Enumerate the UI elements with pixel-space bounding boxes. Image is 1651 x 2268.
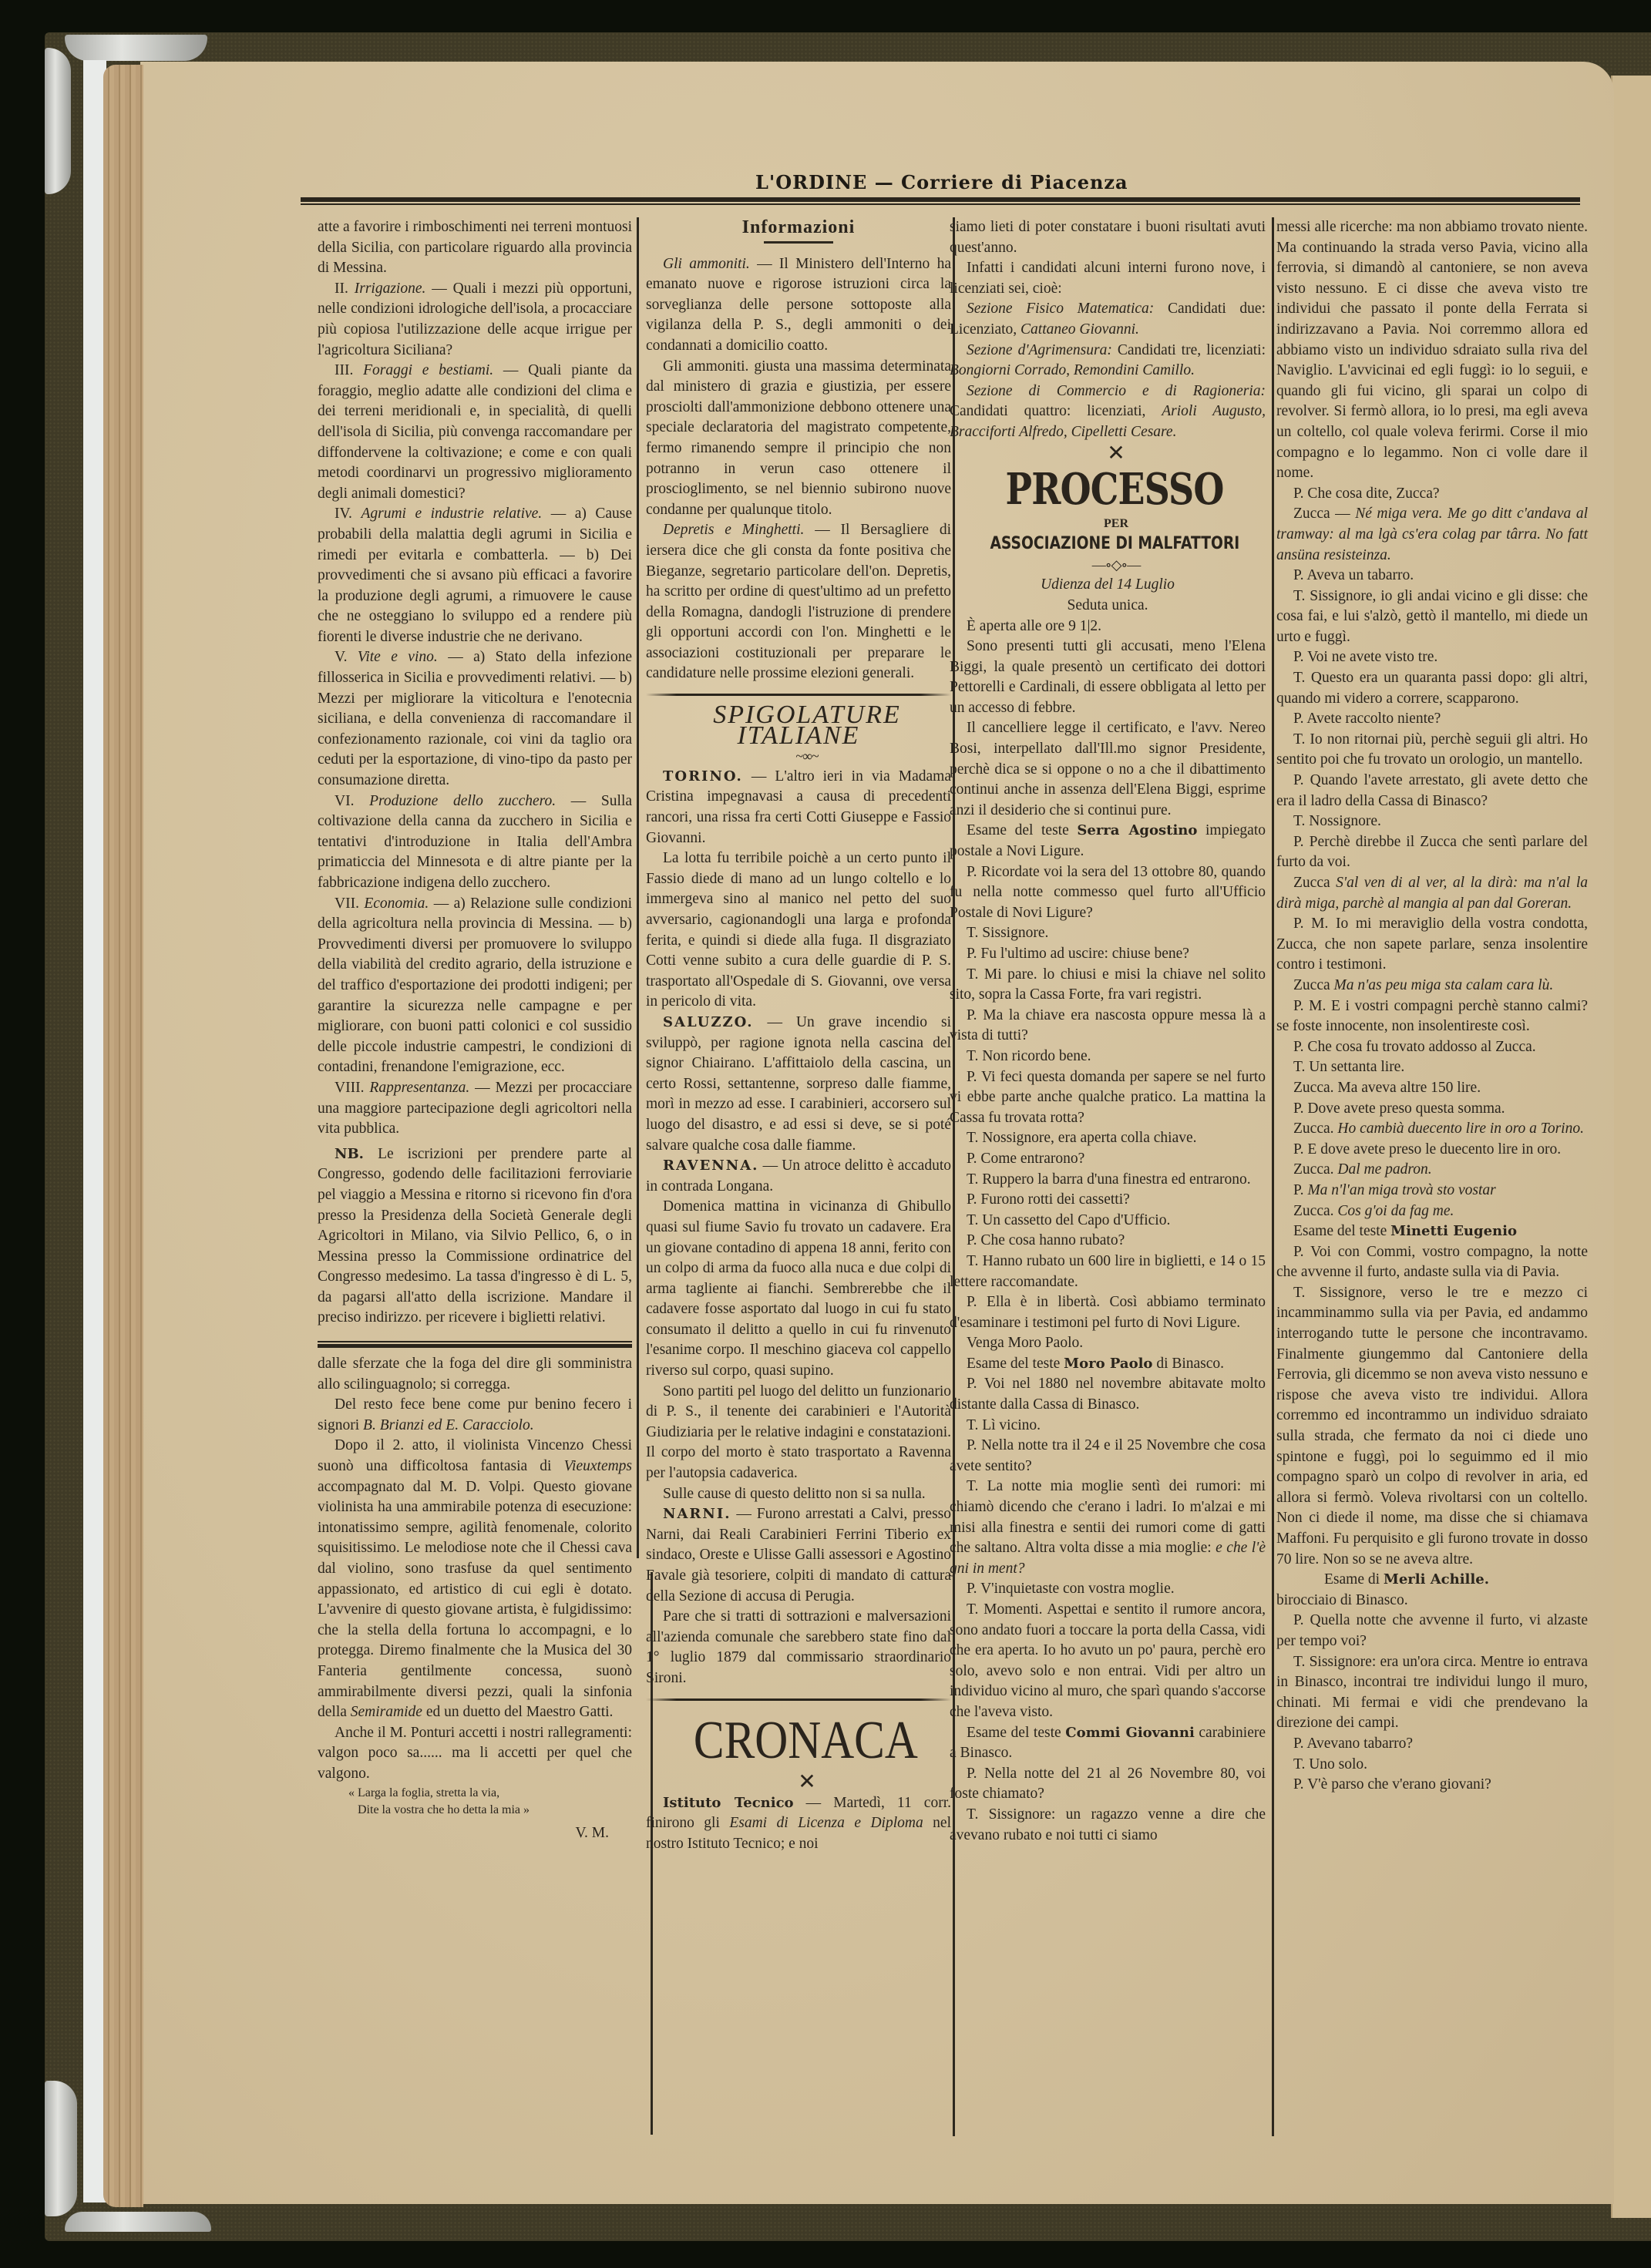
header-rule	[301, 197, 1580, 202]
dialogue-line: P. M. E i vostri compagni perchè stanno …	[1276, 996, 1588, 1037]
metal-corner-protector	[65, 2212, 211, 2232]
dialogue-line: Zucca Ma n'as peu miga sta calam cara lù…	[1276, 976, 1588, 996]
session-note: Seduta unica.	[950, 596, 1266, 617]
dialogue-line: T. Sissignore: un ragazzo venne a dire c…	[950, 1805, 1266, 1846]
dialogue-line: P. M. Io mi meraviglio della vostra cond…	[1276, 914, 1588, 976]
dialogue-line: P. V'inquietaste con vostra moglie.	[950, 1579, 1266, 1600]
paragraph: Esame del teste Moro Paolo di Binasco.	[950, 1354, 1266, 1375]
flourish-ornament: ~∞~	[646, 746, 951, 767]
paragraph: atte a favorire i rimboschimenti nei ter…	[318, 217, 632, 279]
dialogue-line: Zucca. Ho cambià duecento lire in oro a …	[1276, 1119, 1588, 1140]
paragraph: Sezione di Commercio e di Ragioneria: Ca…	[950, 381, 1266, 443]
paragraph: VIII. Rappresentanza. — Mezzi per procac…	[318, 1078, 632, 1140]
dialogue-line: P. Avete raccolto niente?	[1276, 709, 1588, 730]
dialogue-line: Zucca S'al ven di al ver, al la dirà: ma…	[1276, 873, 1588, 914]
cross-ornament: ✕	[646, 1772, 951, 1793]
column-3: siamo lieti di poter constatare i buoni …	[950, 217, 1266, 1846]
subheading-per: PER	[950, 514, 1266, 535]
paragraph: siamo lieti di poter constatare i buoni …	[950, 217, 1266, 258]
dialogue-line: P. Che cosa dite, Zucca?	[1276, 484, 1588, 505]
paragraph: messi alle ricerche: ma non abbiamo trov…	[1276, 217, 1588, 484]
dialogue-line: P. Nella notte del 21 al 26 Novembre 80,…	[950, 1764, 1266, 1805]
paragraph: Gli ammoniti. giusta una massima determi…	[646, 357, 951, 521]
paragraph: V. Vite e vino. — a) Stato della infezio…	[318, 647, 632, 791]
paragraph: Depretis e Minghetti. — Il Bersagliere d…	[646, 520, 951, 684]
dialogue-line: P. Aveva un tabarro.	[1276, 566, 1588, 586]
dialogue-line: Zucca. Ma aveva altre 150 lire.	[1276, 1078, 1588, 1099]
paragraph: Sono presenti tutti gli accusati, meno l…	[950, 637, 1266, 718]
dialogue-line: P. Nella notte tra il 24 e il 25 Novembr…	[950, 1436, 1266, 1477]
verse-line: Dite la vostra che ho detta la mia »	[318, 1802, 632, 1819]
dialogue-line: P. V'è parso che v'erano giovani?	[1276, 1775, 1588, 1796]
paragraph: Esame del teste Serra Agostino impiegato…	[950, 821, 1266, 862]
dialogue-line: T. Un settanta lire.	[1276, 1057, 1588, 1078]
dialogue-line: P. Ma n'l'an miga trovà sto vostar	[1276, 1181, 1588, 1201]
page-stack-edges	[103, 65, 143, 2207]
section-rule	[318, 1341, 632, 1342]
dialogue-line: T. Nossignore, era aperta colla chiave.	[950, 1128, 1266, 1149]
paragraph: TORINO. — L'altro ieri in via Madama Cri…	[646, 767, 951, 848]
paragraph: Domenica mattina in vicinanza di Ghibull…	[646, 1197, 951, 1381]
dialogue-line: T. Nossignore.	[1276, 811, 1588, 832]
section-heading-informazioni: Informazioni	[646, 217, 951, 238]
paragraph: Del resto fece bene come pur benino fece…	[318, 1395, 632, 1436]
dialogue-line: P. Ella è in libertà. Così abbiamo termi…	[950, 1292, 1266, 1333]
dialogue-line: T. Hanno rubato un 600 lire in biglietti…	[950, 1252, 1266, 1292]
dialogue-line: T. La notte mia moglie sentì dei rumori:…	[950, 1477, 1266, 1579]
paragraph: Gli ammoniti. — Il Ministero dell'Intern…	[646, 254, 951, 357]
dialogue-line: P. Come entrarono?	[950, 1149, 1266, 1170]
paragraph: Il cancelliere legge il certificato, e l…	[950, 718, 1266, 821]
dialogue-line: Zucca — Né miga vera. Me go ditt c'andav…	[1276, 504, 1588, 566]
paragraph: Sezione d'Agrimensura: Candidati tre, li…	[950, 341, 1266, 381]
dialogue-line: P. E dove avete preso le duecento lire i…	[1276, 1140, 1588, 1161]
paragraph: La lotta fu terribile poichè a un certo …	[646, 848, 951, 1013]
column-divider	[637, 217, 639, 1558]
hearing-date: Udienza del 14 Luglio	[950, 575, 1266, 596]
dialogue-line: T. Non ricordo bene.	[950, 1047, 1266, 1067]
flourish-ornament: —∘◇∘—	[950, 555, 1266, 576]
dialogue-line: P. Ricordate voi la sera del 13 ottobre …	[950, 862, 1266, 924]
metal-corner-protector	[45, 2081, 77, 2216]
paragraph: SALUZZO. — Un grave incendio si sviluppò…	[646, 1013, 951, 1156]
column-2: Informazioni Gli ammoniti. — Il Minister…	[646, 217, 951, 1854]
subheading-associazione: ASSOCIAZIONE DI MALFATTORI	[973, 534, 1242, 555]
dialogue-line: T. Uno solo.	[1276, 1755, 1588, 1776]
paragraph: RAVENNA. — Un atroce delitto è accaduto …	[646, 1156, 951, 1197]
dialogue-line: P. Dove avete preso questa somma.	[1276, 1099, 1588, 1120]
dialogue-line: T. Sissignore, io gli andai vicino e gli…	[1276, 586, 1588, 648]
heading-rule	[764, 241, 833, 244]
metal-corner-protector	[45, 48, 71, 194]
dialogue-line: T. Lì vicino.	[950, 1416, 1266, 1436]
paragraph: birocciaio di Binasco.	[1276, 1591, 1588, 1611]
metal-corner-protector	[65, 35, 207, 61]
paragraph: Sezione Fisico Matematica: Candidati due…	[950, 299, 1266, 340]
dialogue-line: T. Sissignore.	[950, 923, 1266, 944]
dialogue-line: T. Un cassetto del Capo d'Ufficio.	[950, 1211, 1266, 1231]
paragraph: Istituto Tecnico — Martedì, 11 corr. fin…	[646, 1793, 951, 1855]
dialogue-line: P. Voi nel 1880 nel novembre abitavate m…	[950, 1374, 1266, 1415]
signature: V. M.	[318, 1823, 632, 1844]
dialogue-line: P. Fu l'ultimo ad uscire: chiuse bene?	[950, 944, 1266, 965]
dialogue-line: T. Ruppero la barra d'una finestra ed en…	[950, 1170, 1266, 1191]
cross-ornament: ✕	[950, 443, 1266, 465]
section-rule	[318, 1344, 632, 1348]
dialogue-line: P. Voi ne avete visto tre.	[1276, 647, 1588, 668]
ornamental-rule	[646, 1698, 951, 1701]
dialogue-line: P. Voi con Commi, vostro compagno, la no…	[1276, 1242, 1588, 1283]
paragraph: IV. Agrumi e industrie relative. — a) Ca…	[318, 504, 632, 647]
dialogue-line: T. Questo era un quaranta passi dopo: gl…	[1276, 668, 1588, 709]
dialogue-line: P. Furono rotti dei cassetti?	[950, 1190, 1266, 1211]
paragraph: III. Foraggi e bestiami. — Quali piante …	[318, 361, 632, 504]
dialogue-line: T. Sissignore, verso le tre e mezzo ci i…	[1276, 1283, 1588, 1570]
dialogue-line: P. Che cosa hanno rubato?	[950, 1231, 1266, 1252]
dialogue-line: P. Avevano tabarro?	[1276, 1734, 1588, 1755]
adjacent-page-edge	[1611, 76, 1651, 2218]
paragraph: Sono partiti pel luogo del delitto un fu…	[646, 1382, 951, 1484]
dialogue-line: P. Quando l'avete arrestato, gli avete d…	[1276, 771, 1588, 811]
dialogue-line: P. Vi feci questa domanda per sapere se …	[950, 1067, 1266, 1129]
paragraph: È aperta alle ore 9 1|2.	[950, 617, 1266, 637]
paragraph: VI. Produzione dello zucchero. — Sulla c…	[318, 791, 632, 894]
dialogue-line: T. Momenti. Aspettai e sentito il rumore…	[950, 1600, 1266, 1723]
paragraph: Sulle cause di questo delitto non si sa …	[646, 1484, 951, 1505]
dialogue-line: Zucca. Cos g'oi da fag me.	[1276, 1201, 1588, 1222]
masthead: L'ORDINE — Corriere di Piacenza	[755, 171, 1128, 193]
paragraph: VII. Economia. — a) Relazione sulle cond…	[318, 894, 632, 1078]
paragraph: II. Irrigazione. — Quali i mezzi più opp…	[318, 279, 632, 361]
section-heading-spigolature: SPIGOLATURE ITALIANE	[646, 705, 951, 746]
column-divider	[1272, 217, 1274, 2136]
paragraph: Esame del teste Commi Giovanni carabinie…	[950, 1723, 1266, 1764]
dialogue-line: T. Mi pare. lo chiusi e misi la chiave n…	[950, 965, 1266, 1006]
nota-bene: NB. Le iscrizioni per prendere parte al …	[318, 1144, 632, 1329]
dialogue-line: T. Io non ritornai più, perchè seguii gl…	[1276, 730, 1588, 771]
paragraph: NARNI. — Furono arrestati a Calvi, press…	[646, 1504, 951, 1607]
section-heading-processo: PROCESSO	[978, 465, 1237, 514]
dialogue-line: P. Quella notte che avvenne il furto, vi…	[1276, 1611, 1588, 1651]
paragraph: Infatti i candidati alcuni interni furon…	[950, 258, 1266, 299]
dialogue-line: P. Ma la chiave era nascosta oppure mess…	[950, 1006, 1266, 1047]
dialogue-line: Zucca. Dal me padron.	[1276, 1160, 1588, 1181]
dialogue-line: Venga Moro Paolo.	[950, 1333, 1266, 1354]
ornamental-rule	[646, 694, 951, 696]
column-1: atte a favorire i rimboschimenti nei ter…	[318, 217, 632, 1843]
dialogue-line: P. Perchè direbbe il Zucca che sentì par…	[1276, 832, 1588, 873]
paragraph: Dopo il 2. atto, il violinista Vincenzo …	[318, 1436, 632, 1722]
column-4: messi alle ricerche: ma non abbiamo trov…	[1276, 217, 1588, 1796]
paragraph: Pare che si tratti di sottrazioni e malv…	[646, 1607, 951, 1688]
paragraph: Anche il M. Ponturi accetti i nostri ral…	[318, 1723, 632, 1785]
section-heading-cronaca: CRONACA	[669, 1710, 929, 1772]
dialogue-line: P. Che cosa fu trovato addosso al Zucca.	[1276, 1037, 1588, 1058]
paragraph: dalle sferzate che la foga del dire gli …	[318, 1354, 632, 1395]
paragraph: Esame di Merli Achille.	[1276, 1570, 1588, 1591]
dialogue-line: T. Sissignore: era un'ora circa. Mentre …	[1276, 1652, 1588, 1734]
verse-line: « Larga la foglia, stretta la via,	[318, 1785, 632, 1802]
header-rule	[301, 203, 1580, 205]
paragraph: Esame del teste Minetti Eugenio	[1276, 1221, 1588, 1242]
